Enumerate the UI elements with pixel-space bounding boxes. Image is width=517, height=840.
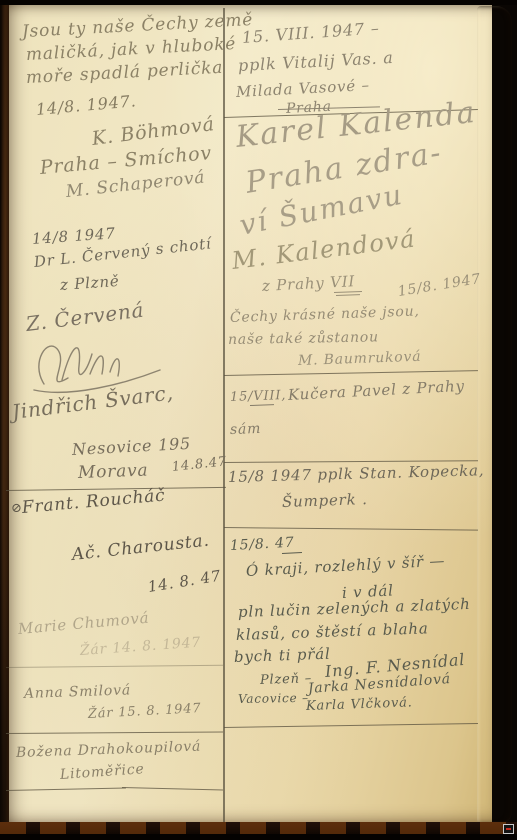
book-page-edges: [477, 6, 512, 824]
handwritten-place: Plzeň –: [260, 671, 313, 688]
handwritten-line: naše také zůstanou: [228, 329, 379, 348]
handwritten-place: Šumperk .: [282, 490, 368, 511]
handwritten-poem-line: bych ti přál: [234, 645, 331, 666]
handwritten-line: sám: [230, 421, 262, 438]
guestbook-scan: Jsou ty naše Čechy země maličká, jak v h…: [0, 0, 517, 840]
watermark-red-bar: [506, 828, 511, 830]
column-divider-line: [223, 8, 225, 822]
handwritten-place: Vacovice –: [238, 691, 309, 706]
handwritten-place: Morava: [78, 461, 149, 483]
handwritten-date: 15/8. 47: [230, 535, 295, 554]
watermark-icon: [503, 824, 514, 834]
handwritten-date: 15/VIII,: [230, 388, 287, 405]
photo-border-bottom: [0, 834, 517, 840]
book-binding-edge: [0, 0, 9, 840]
photo-border-top: [0, 0, 517, 5]
